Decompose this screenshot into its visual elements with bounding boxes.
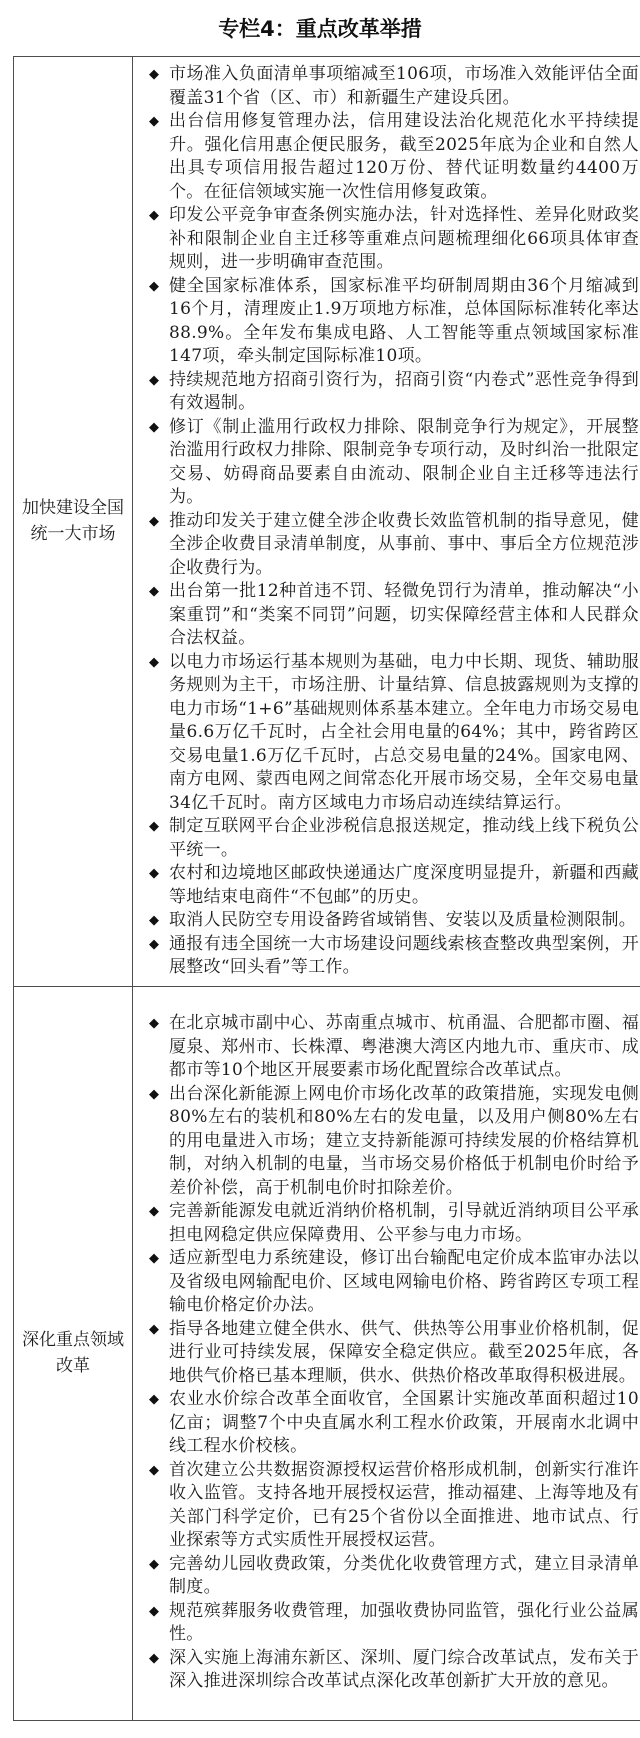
diamond-bullet-icon: ◆ [133,275,169,299]
diamond-bullet-icon: ◆ [133,933,169,957]
diamond-bullet-icon: ◆ [133,63,169,87]
list-item: ◆ 持续规范地方招商引资行为，招商引资“内卷式”恶性竞争得到有效遏制。 [133,369,639,416]
row-header: 深化重点领域改革 [14,986,133,1720]
bullet-text: 首次建立公共数据资源授权运营价格形成机制，创新实行准许收入监管。支持各地开展授权… [169,1459,639,1553]
list-item: ◆ 农业水价综合改革全面收官，全国累计实施改革面积超过10亿亩；调整7个中央直属… [133,1388,639,1459]
diamond-bullet-icon: ◆ [133,815,169,839]
bullet-list: ◆ 市场准入负面清单事项缩减至106项，市场准入效能评估全面覆盖31个省（区、市… [133,63,639,980]
list-item: ◆ 在北京城市副中心、苏南重点城市、杭甬温、合肥都市圈、福厦泉、郑州市、长株潭、… [133,1012,639,1083]
bullet-text: 市场准入负面清单事项缩减至106项，市场准入效能评估全面覆盖31个省（区、市）和… [169,63,639,110]
diamond-bullet-icon: ◆ [133,651,169,675]
diamond-bullet-icon: ◆ [133,1553,169,1577]
list-item: ◆ 制定互联网平台企业涉税信息报送规定，推动线上线下税负公平统一。 [133,815,639,862]
diamond-bullet-icon: ◆ [133,1012,169,1036]
list-item: ◆ 以电力市场运行基本规则为基础，电力中长期、现货、辅助服务规则为主干，市场注册… [133,651,639,816]
diamond-bullet-icon: ◆ [133,1200,169,1224]
diamond-bullet-icon: ◆ [133,1600,169,1624]
list-item: ◆ 指导各地建立健全供水、供气、供热等公用事业价格机制，促进行业可持续发展，保障… [133,1318,639,1389]
diamond-bullet-icon: ◆ [133,204,169,228]
list-item: ◆ 适应新型电力系统建设，修订出台输配电定价成本监审办法以及省级电网输配电价、区… [133,1247,639,1318]
diamond-bullet-icon: ◆ [133,369,169,393]
diamond-bullet-icon: ◆ [133,1083,169,1107]
list-item: ◆ 印发公平竞争审查条例实施办法，针对选择性、差异化财政奖补和限制企业自主迁移等… [133,204,639,275]
list-item: ◆ 市场准入负面清单事项缩减至106项，市场准入效能评估全面覆盖31个省（区、市… [133,63,639,110]
diamond-bullet-icon: ◆ [133,416,169,440]
reform-measures-table: 加快建设全国统一大市场 ◆ 市场准入负面清单事项缩减至106项，市场准入效能评估… [13,56,640,1721]
bullet-text: 指导各地建立健全供水、供气、供热等公用事业价格机制，促进行业可持续发展，保障安全… [169,1318,639,1389]
list-item: ◆ 通报有违全国统一大市场建设问题线索核查整改典型案例，开展整改“回头看”等工作… [133,933,639,980]
list-item: ◆ 修订《制止滥用行政权力排除、限制竞争行为规定》，开展整治滥用行政权力排除、限… [133,416,639,510]
list-item: ◆ 推动印发关于建立健全涉企收费长效监管机制的指导意见，健全涉企收费目录清单制度… [133,510,639,581]
table-row: 深化重点领域改革 ◆ 在北京城市副中心、苏南重点城市、杭甬温、合肥都市圈、福厦泉… [14,986,640,1720]
bullet-text: 制定互联网平台企业涉税信息报送规定，推动线上线下税负公平统一。 [169,815,639,862]
bullet-text: 农村和边境地区邮政快递通达广度深度明显提升，新疆和西藏等地结束电商件“不包邮”的… [169,862,639,909]
bullet-text: 通报有违全国统一大市场建设问题线索核查整改典型案例，开展整改“回头看”等工作。 [169,933,639,980]
bullet-text: 出台深化新能源上网电价市场化改革的政策措施，实现发电侧80%左右的装机和80%左… [169,1083,639,1201]
page-title: 专栏4：重点改革举措 [0,0,640,43]
list-item: ◆ 深入实施上海浦东新区、深圳、厦门综合改革试点，发布关于深入推进深圳综合改革试… [133,1647,639,1694]
diamond-bullet-icon: ◆ [133,580,169,604]
list-item: ◆ 取消人民防空专用设备跨省域销售、安装以及质量检测限制。 [133,909,639,933]
bullet-text: 出台第一批12种首违不罚、轻微免罚行为清单，推动解决“小案重罚”和“类案不同罚”… [169,580,639,651]
list-item: ◆ 完善新能源发电就近消纳价格机制，引导就近消纳项目公平承担电网稳定供应保障费用… [133,1200,639,1247]
diamond-bullet-icon: ◆ [133,1318,169,1342]
diamond-bullet-icon: ◆ [133,510,169,534]
row-header: 加快建设全国统一大市场 [14,57,133,987]
list-item: ◆ 出台深化新能源上网电价市场化改革的政策措施，实现发电侧80%左右的装机和80… [133,1083,639,1201]
bullet-text: 印发公平竞争审查条例实施办法，针对选择性、差异化财政奖补和限制企业自主迁移等重难… [169,204,639,275]
row-content: ◆ 在北京城市副中心、苏南重点城市、杭甬温、合肥都市圈、福厦泉、郑州市、长株潭、… [133,986,640,1720]
diamond-bullet-icon: ◆ [133,1388,169,1412]
bullet-text: 健全国家标准体系，国家标准平均研制周期由36个月缩减到16个月，清理废止1.9万… [169,275,639,369]
list-item: ◆ 规范殡葬服务收费管理，加强收费协同监管，强化行业公益属性。 [133,1600,639,1647]
bullet-text: 以电力市场运行基本规则为基础，电力中长期、现货、辅助服务规则为主干，市场注册、计… [169,651,639,816]
list-item: ◆ 完善幼儿园收费政策，分类优化收费管理方式，建立目录清单制度。 [133,1553,639,1600]
table-row: 加快建设全国统一大市场 ◆ 市场准入负面清单事项缩减至106项，市场准入效能评估… [14,57,640,987]
list-item: ◆ 出台信用修复管理办法，信用建设法治化规范化水平持续提升。强化信用惠企便民服务… [133,110,639,204]
diamond-bullet-icon: ◆ [133,1247,169,1271]
bullet-text: 适应新型电力系统建设，修订出台输配电定价成本监审办法以及省级电网输配电价、区域电… [169,1247,639,1318]
diamond-bullet-icon: ◆ [133,1647,169,1671]
column-table-body: 加快建设全国统一大市场 ◆ 市场准入负面清单事项缩减至106项，市场准入效能评估… [14,57,640,1721]
bullet-text: 完善新能源发电就近消纳价格机制，引导就近消纳项目公平承担电网稳定供应保障费用、公… [169,1200,639,1247]
bullet-text: 出台信用修复管理办法，信用建设法治化规范化水平持续提升。强化信用惠企便民服务，截… [169,110,639,204]
bullet-text: 农业水价综合改革全面收官，全国累计实施改革面积超过10亿亩；调整7个中央直属水利… [169,1388,639,1459]
bullet-text: 取消人民防空专用设备跨省域销售、安装以及质量检测限制。 [169,909,639,933]
list-item: ◆ 首次建立公共数据资源授权运营价格形成机制，创新实行准许收入监管。支持各地开展… [133,1459,639,1553]
diamond-bullet-icon: ◆ [133,110,169,134]
bullet-text: 持续规范地方招商引资行为，招商引资“内卷式”恶性竞争得到有效遏制。 [169,369,639,416]
list-item: ◆ 健全国家标准体系，国家标准平均研制周期由36个月缩减到16个月，清理废止1.… [133,275,639,369]
bullet-text: 深入实施上海浦东新区、深圳、厦门综合改革试点，发布关于深入推进深圳综合改革试点深… [169,1647,639,1694]
bullet-text: 修订《制止滥用行政权力排除、限制竞争行为规定》，开展整治滥用行政权力排除、限制竞… [169,416,639,510]
diamond-bullet-icon: ◆ [133,909,169,933]
diamond-bullet-icon: ◆ [133,862,169,886]
bullet-text: 推动印发关于建立健全涉企收费长效监管机制的指导意见，健全涉企收费目录清单制度，从… [169,510,639,581]
list-item: ◆ 农村和边境地区邮政快递通达广度深度明显提升，新疆和西藏等地结束电商件“不包邮… [133,862,639,909]
diamond-bullet-icon: ◆ [133,1459,169,1483]
list-item: ◆ 出台第一批12种首违不罚、轻微免罚行为清单，推动解决“小案重罚”和“类案不同… [133,580,639,651]
bullet-text: 规范殡葬服务收费管理，加强收费协同监管，强化行业公益属性。 [169,1600,639,1647]
bullet-text: 完善幼儿园收费政策，分类优化收费管理方式，建立目录清单制度。 [169,1553,639,1600]
bullet-list: ◆ 在北京城市副中心、苏南重点城市、杭甬温、合肥都市圈、福厦泉、郑州市、长株潭、… [133,1012,639,1694]
row-content: ◆ 市场准入负面清单事项缩减至106项，市场准入效能评估全面覆盖31个省（区、市… [133,57,640,987]
bullet-text: 在北京城市副中心、苏南重点城市、杭甬温、合肥都市圈、福厦泉、郑州市、长株潭、粤港… [169,1012,639,1083]
